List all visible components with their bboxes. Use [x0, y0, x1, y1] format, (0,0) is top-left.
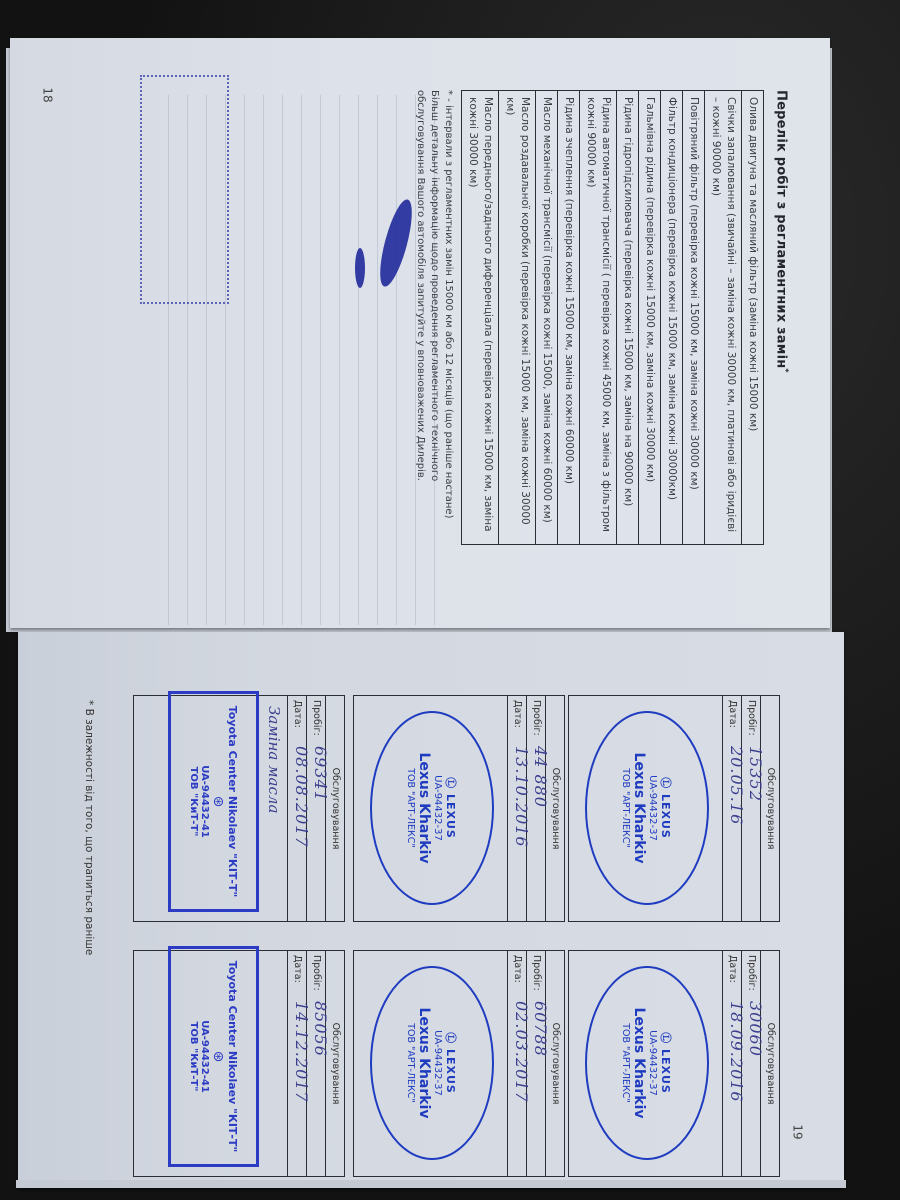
date-row: Дата:13.10.2016	[507, 696, 526, 921]
work-item: Масло роздавальної коробки (перевірка ко…	[498, 91, 535, 545]
stamp-city: Lexus Kharkiv	[631, 752, 647, 863]
service-record: ОбслуговуванняПробіг:60788Дата:02.03.201…	[353, 950, 565, 1177]
stamp-code: UA-94432-41	[199, 765, 210, 838]
stamp-city: Lexus Kharkiv	[416, 752, 432, 863]
dealer-stamp: Ⓛ LEXUSUA-94432-37Lexus KharkivТОВ "АРТ-…	[585, 711, 709, 905]
work-item: Повітряний фільтр (перевірка кожні 15000…	[682, 91, 704, 545]
mileage-value: 30060	[746, 1001, 764, 1057]
date-label: Дата:	[512, 700, 523, 728]
works-table: Олива двигуна та масляний фільтр (заміна…	[461, 90, 764, 545]
stamp-brand: Ⓛ LEXUS	[658, 777, 674, 839]
stamp-code: UA-94432-37	[432, 775, 443, 841]
works-list-section: Перелік робіт з регламентних замін* Олив…	[370, 90, 790, 560]
footnote: * В залежності від того, що трапиться ра…	[83, 700, 95, 955]
table-row: Масло механічної трансмісії (перевірка к…	[535, 91, 557, 545]
service-header: Обслуговування	[760, 696, 779, 921]
stamp-code: UA-94432-37	[647, 1030, 658, 1096]
mileage-value: 60788	[531, 1001, 549, 1057]
section-title: Перелік робіт з регламентних замін*	[774, 90, 790, 560]
stamp-org: ТОВ "КиТ-Т"	[188, 1022, 199, 1092]
dealer-stamp: Ⓛ LEXUSUA-94432-37Lexus KharkivТОВ "АРТ-…	[370, 966, 494, 1160]
stamp-code: UA-94432-37	[432, 1030, 443, 1096]
service-record: ОбслуговуванняПробіг:69341Дата:08.08.201…	[133, 695, 345, 922]
stamp-city: Lexus Kharkiv	[631, 1007, 647, 1118]
table-row: Рідина автоматичної трансмісії ( перевір…	[579, 91, 616, 545]
stamp-name: Toyota Center Nikolaev "КІТ-Т"	[226, 706, 239, 898]
dealer-stamp: Toyota Center Nikolaev "КІТ-Т"⊛UA-94432-…	[168, 946, 259, 1167]
stamp-city: Lexus Kharkiv	[416, 1007, 432, 1118]
table-row: Свічки запалювання (звичайні – заміна ко…	[704, 91, 741, 545]
date-value: 18.09.2016	[727, 1001, 745, 1103]
table-row: Фільтр кондиціонера (перевірка кожні 150…	[660, 91, 682, 545]
toyota-logo-icon: ⊛	[210, 796, 226, 808]
date-label: Дата:	[727, 700, 738, 728]
dealer-stamp: Ⓛ LEXUSUA-94432-37Lexus KharkivТОВ "АРТ-…	[370, 711, 494, 905]
page-number: 18	[41, 87, 55, 102]
ink-blot	[355, 248, 365, 288]
stamp-code: UA-94432-41	[199, 1020, 210, 1093]
stamp-brand: Ⓛ LEXUS	[443, 1032, 459, 1094]
page-number: 19	[791, 1124, 805, 1139]
date-value: 02.03.2017	[512, 1001, 530, 1103]
work-item: Масло механічної трансмісії (перевірка к…	[535, 91, 557, 545]
work-item: Олива двигуна та масляний фільтр (заміна…	[741, 91, 763, 545]
date-label: Дата:	[292, 955, 303, 983]
dealer-stamp: Ⓛ LEXUSUA-94432-37Lexus KharkivТОВ "АРТ-…	[585, 966, 709, 1160]
date-value: 13.10.2016	[512, 746, 530, 848]
table-row: Гальмівна рідина (перевірка кожні 15000 …	[638, 91, 660, 545]
service-record: ОбслуговуванняПробіг:15352Дата:20.05.16Ⓛ…	[568, 695, 780, 922]
footnote: * - інтервали з регламентних замін 15000…	[413, 90, 455, 560]
stamp-org: ТОВ "АРТ-ЛЕКС"	[405, 768, 416, 848]
mileage-value: 69341	[311, 746, 329, 802]
table-row: Рідина зчеплення (перевірка кожні 15000 …	[557, 91, 579, 545]
table-row: Масло роздавальної коробки (перевірка ко…	[498, 91, 535, 545]
date-row: Дата:20.05.16	[722, 696, 741, 921]
service-header: Обслуговування	[545, 696, 564, 921]
page-stack-edge	[16, 1180, 846, 1188]
service-header: Обслуговування	[325, 951, 344, 1176]
service-header: Обслуговування	[545, 951, 564, 1176]
date-row: Дата:18.09.2016	[722, 951, 741, 1176]
table-row: Повітряний фільтр (перевірка кожні 15000…	[682, 91, 704, 545]
stamp-org: ТОВ "АРТ-ЛЕКС"	[405, 1023, 416, 1103]
toyota-logo-icon: ⊛	[210, 1051, 226, 1063]
mileage-value: 44 880	[531, 746, 549, 808]
date-row: Дата:02.03.2017	[507, 951, 526, 1176]
table-row: Олива двигуна та масляний фільтр (заміна…	[741, 91, 763, 545]
work-item: Рідина автоматичної трансмісії ( перевір…	[579, 91, 616, 545]
date-value: 14.12.2017	[292, 1001, 310, 1103]
mileage-label: Пробіг:	[746, 955, 757, 991]
work-item: Гальмівна рідина (перевірка кожні 15000 …	[638, 91, 660, 545]
service-record: ОбслуговуванняПробіг:85056Дата:14.12.201…	[133, 950, 345, 1177]
date-value: 20.05.16	[727, 746, 745, 825]
mileage-label: Пробіг:	[311, 700, 322, 736]
stamp-org: ТОВ "АРТ-ЛЕКС"	[620, 768, 631, 848]
mileage-label: Пробіг:	[531, 700, 542, 736]
faded-stamp	[140, 75, 229, 304]
service-note: Заміна масла	[261, 696, 287, 921]
work-item: Рідина гідропідсилювача (перевірка кожні…	[616, 91, 638, 545]
stamp-brand: Ⓛ LEXUS	[443, 777, 459, 839]
stamp-org: ТОВ "КиТ-Т"	[188, 767, 199, 837]
service-record: ОбслуговуванняПробіг:30060Дата:18.09.201…	[568, 950, 780, 1177]
date-value: 08.08.2017	[292, 746, 310, 848]
mileage-label: Пробіг:	[746, 700, 757, 736]
mileage-label: Пробіг:	[311, 955, 322, 991]
table-row: Масло переднього/заднього диференціала (…	[461, 91, 498, 545]
mileage-label: Пробіг:	[531, 955, 542, 991]
service-header: Обслуговування	[325, 696, 344, 921]
date-label: Дата:	[512, 955, 523, 983]
service-header: Обслуговування	[760, 951, 779, 1176]
service-record: ОбслуговуванняПробіг:44 880Дата:13.10.20…	[353, 695, 565, 922]
dealer-stamp: Toyota Center Nikolaev "КІТ-Т"⊛UA-94432-…	[168, 691, 259, 912]
date-label: Дата:	[727, 955, 738, 983]
work-item: Масло переднього/заднього диференціала (…	[461, 91, 498, 545]
mileage-value: 85056	[311, 1001, 329, 1057]
work-item: Рідина зчеплення (перевірка кожні 15000 …	[557, 91, 579, 545]
stamp-brand: Ⓛ LEXUS	[658, 1032, 674, 1094]
stamp-name: Toyota Center Nikolaev "КІТ-Т"	[226, 961, 239, 1153]
stamp-org: ТОВ "АРТ-ЛЕКС"	[620, 1023, 631, 1103]
table-row: Рідина гідропідсилювача (перевірка кожні…	[616, 91, 638, 545]
stamp-code: UA-94432-37	[647, 775, 658, 841]
date-row: Дата:14.12.2017	[287, 951, 306, 1176]
work-item: Свічки запалювання (звичайні – заміна ко…	[704, 91, 741, 545]
date-row: Дата:08.08.2017	[287, 696, 306, 921]
mileage-value: 15352	[746, 746, 764, 802]
date-label: Дата:	[292, 700, 303, 728]
work-item: Фільтр кондиціонера (перевірка кожні 150…	[660, 91, 682, 545]
